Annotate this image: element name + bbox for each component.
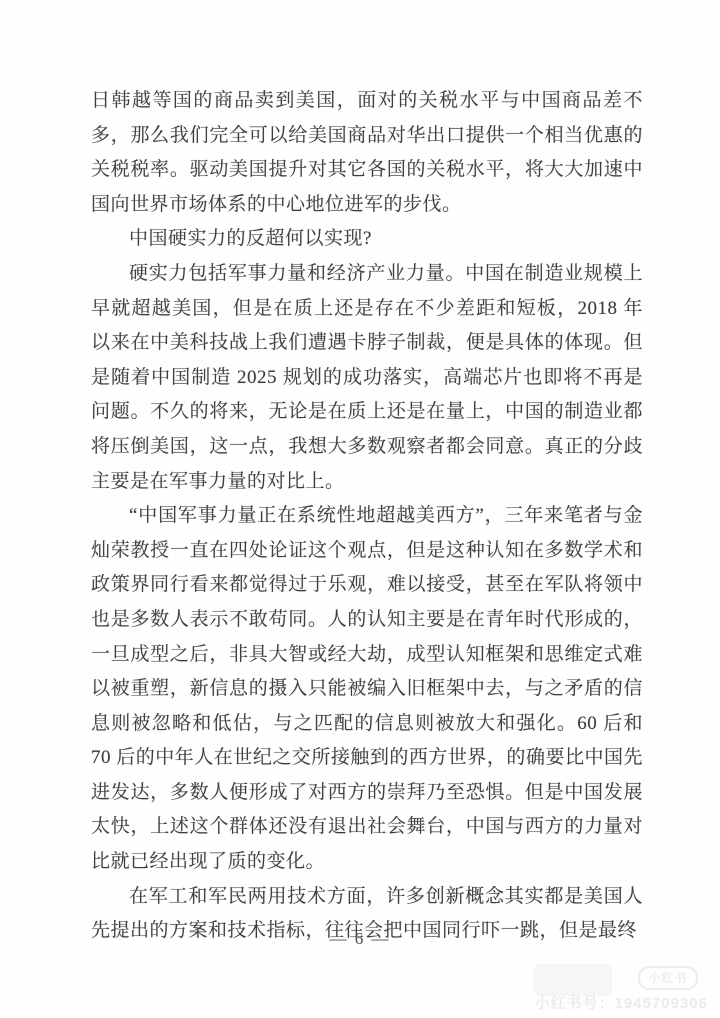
xiaohongshu-id: 小红书号：1945709306: [532, 992, 708, 1013]
paragraph: “中国军事力量正在系统性地超越美西方”，三年来笔者与金灿荣教授一直在四处论证这个…: [91, 499, 643, 880]
document-body: 日韩越等国的商品卖到美国，面对的关税水平与中国商品差不多，那么我们完全可以给美国…: [91, 84, 643, 949]
paragraph: 日韩越等国的商品卖到美国，面对的关税水平与中国商品差不多，那么我们完全可以给美国…: [91, 84, 643, 222]
page-number: — 6 —: [0, 929, 720, 949]
paragraph: 硬实力包括军事力量和经济产业力量。中国在制造业规模上早就超越美国，但是在质上还是…: [91, 257, 643, 499]
paragraph: 中国硬实力的反超何以实现?: [91, 222, 643, 257]
document-page: 日韩越等国的商品卖到美国，面对的关税水平与中国商品差不多，那么我们完全可以给美国…: [0, 0, 720, 1018]
watermark: 小红书 小红书号：1945709306: [532, 952, 712, 1010]
xiaohongshu-badge: 小红书: [638, 966, 698, 990]
xiaohongshu-logo-ghost-icon: [534, 964, 612, 996]
